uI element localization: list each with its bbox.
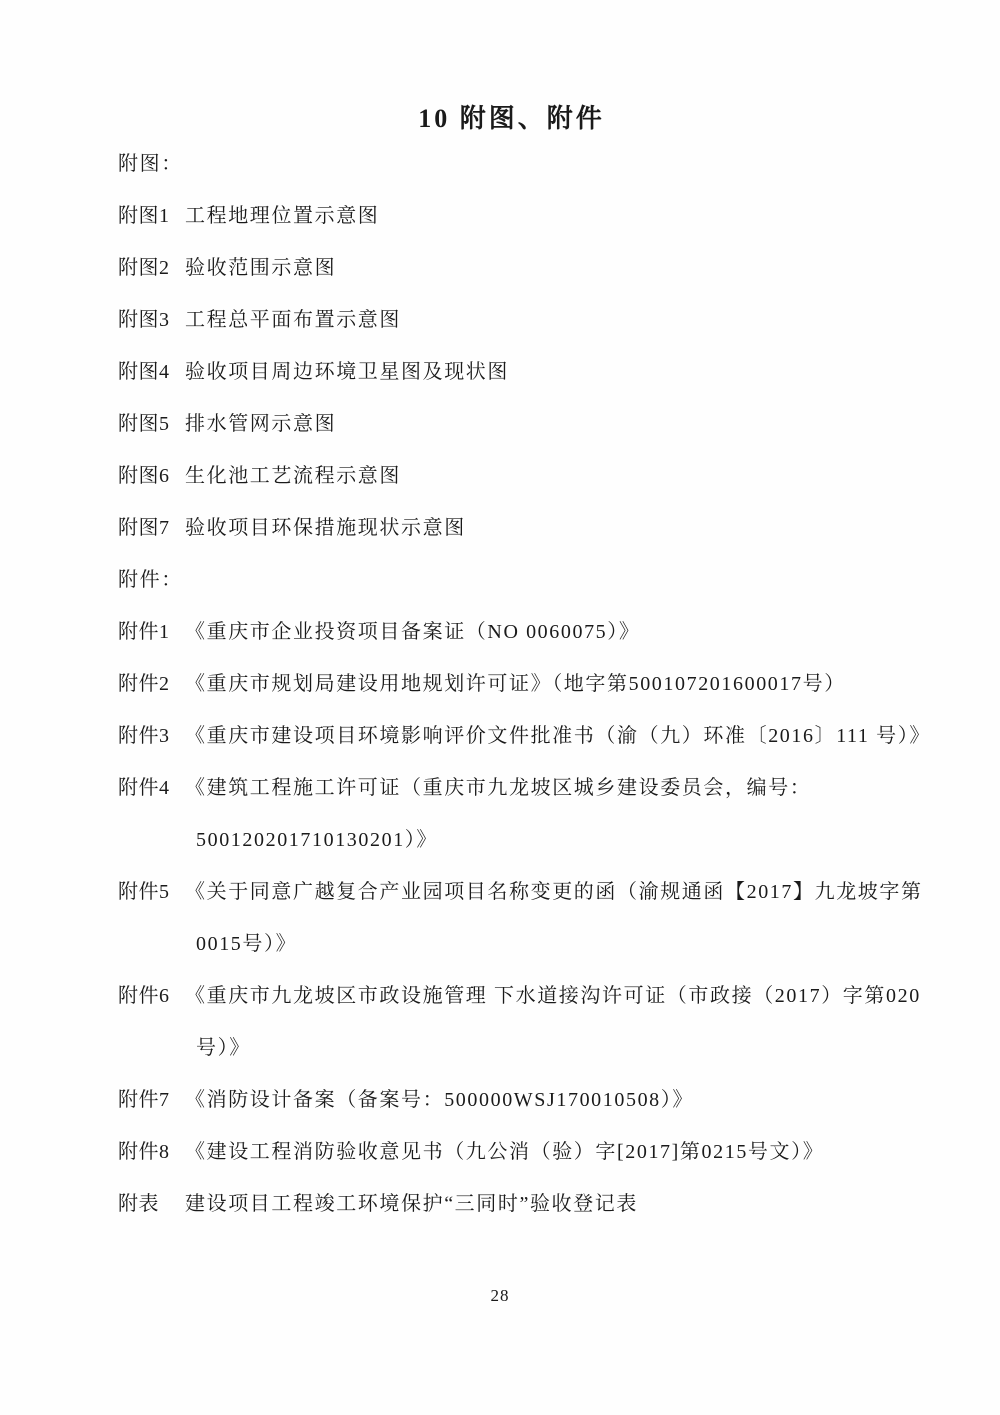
figure-label: 附图5 — [118, 407, 185, 436]
figure-title: 验收项目环保措施现状示意图 — [185, 511, 466, 540]
attachment-label: 附件1 — [118, 615, 185, 644]
figure-label: 附图6 — [118, 459, 185, 488]
attachment-item: 附件6 《重庆市九龙坡区市政设施管理 下水道接沟许可证（市政接（2017）字第0… — [118, 967, 905, 1019]
figure-label: 附图1 — [118, 199, 185, 228]
attachment-item: 附件3 《重庆市建设项目环境影响评价文件批准书（渝（九）环准〔2016〕111 … — [118, 707, 905, 759]
figure-title: 工程总平面布置示意图 — [185, 303, 401, 332]
attachment-item: 附件4 《建筑工程施工许可证（重庆市九龙坡区城乡建设委员会，编号： — [118, 759, 905, 811]
figure-title: 生化池工艺流程示意图 — [185, 459, 401, 488]
figures-heading-text: 附图： — [118, 147, 183, 176]
attachment-title: 《消防设计备案（备案号：500000WSJ170010508）》 — [185, 1083, 694, 1112]
attachment-label: 附件2 — [118, 667, 185, 696]
figure-title: 验收项目周边环境卫星图及现状图 — [185, 355, 509, 384]
appendix-table-label: 附表 — [118, 1187, 185, 1216]
figure-item: 附图5 排水管网示意图 — [118, 395, 905, 447]
attachment-title: 《建设工程消防验收意见书（九公消（验）字[2017]第0215号文）》 — [185, 1135, 824, 1164]
attachment-item: 附件8 《建设工程消防验收意见书（九公消（验）字[2017]第0215号文）》 — [118, 1123, 905, 1175]
attachment-title: 《建筑工程施工许可证（重庆市九龙坡区城乡建设委员会，编号： — [185, 771, 811, 800]
figure-item: 附图1 工程地理位置示意图 — [118, 187, 905, 239]
attachment-title: 《重庆市九龙坡区市政设施管理 下水道接沟许可证（市政接（2017）字第020 — [185, 979, 921, 1008]
attachment-label: 附件5 — [118, 875, 185, 904]
attachment-title: 《关于同意广越复合产业园项目名称变更的函（渝规通函【2017】九龙坡字第 — [185, 875, 923, 904]
attachment-label: 附件4 — [118, 771, 185, 800]
attachment-label: 附件3 — [118, 719, 185, 748]
appendix-table-item: 附表 建设项目工程竣工环境保护“三同时”验收登记表 — [118, 1175, 905, 1227]
attachment-continuation: 0015号）》 — [118, 915, 905, 967]
figure-item: 附图4 验收项目周边环境卫星图及现状图 — [118, 343, 905, 395]
figure-item: 附图2 验收范围示意图 — [118, 239, 905, 291]
document-page: 10 附图、附件 附图： 附图1 工程地理位置示意图 附图2 验收范围示意图 附… — [0, 0, 1000, 1415]
figure-item: 附图3 工程总平面布置示意图 — [118, 291, 905, 343]
attachment-title-continued: 号）》 — [196, 1031, 251, 1060]
figure-label: 附图2 — [118, 251, 185, 280]
attachment-label: 附件7 — [118, 1083, 185, 1112]
attachment-title-continued: 500120201710130201）》 — [196, 823, 438, 852]
attachment-item: 附件7 《消防设计备案（备案号：500000WSJ170010508）》 — [118, 1071, 905, 1123]
document-content: 10 附图、附件 附图： 附图1 工程地理位置示意图 附图2 验收范围示意图 附… — [0, 0, 1000, 1227]
attachments-heading-text: 附件： — [118, 563, 183, 592]
page-title: 10 附图、附件 — [118, 0, 905, 135]
attachment-item: 附件5 《关于同意广越复合产业园项目名称变更的函（渝规通函【2017】九龙坡字第 — [118, 863, 905, 915]
attachments-section-heading: 附件： — [118, 551, 905, 603]
attachment-item: 附件1 《重庆市企业投资项目备案证（NO 0060075）》 — [118, 603, 905, 655]
attachment-label: 附件6 — [118, 979, 185, 1008]
figure-item: 附图7 验收项目环保措施现状示意图 — [118, 499, 905, 551]
figure-title: 排水管网示意图 — [185, 407, 336, 436]
figure-title: 验收范围示意图 — [185, 251, 336, 280]
figure-label: 附图4 — [118, 355, 185, 384]
attachment-continuation: 号）》 — [118, 1019, 905, 1071]
appendix-table-title: 建设项目工程竣工环境保护“三同时”验收登记表 — [185, 1187, 638, 1216]
figure-label: 附图3 — [118, 303, 185, 332]
attachment-item: 附件2 《重庆市规划局建设用地规划许可证》（地字第500107201600017… — [118, 655, 905, 707]
attachment-title: 《重庆市建设项目环境影响评价文件批准书（渝（九）环准〔2016〕111 号）》 — [185, 719, 931, 748]
figure-label: 附图7 — [118, 511, 185, 540]
attachment-continuation: 500120201710130201）》 — [118, 811, 905, 863]
attachment-title-continued: 0015号）》 — [196, 927, 297, 956]
figure-title: 工程地理位置示意图 — [185, 199, 379, 228]
figures-section-heading: 附图： — [118, 135, 905, 187]
attachment-title: 《重庆市企业投资项目备案证（NO 0060075）》 — [185, 615, 641, 644]
attachment-label: 附件8 — [118, 1135, 185, 1164]
page-number: 28 — [0, 1286, 1000, 1306]
attachment-title: 《重庆市规划局建设用地规划许可证》（地字第500107201600017号） — [185, 667, 846, 696]
figure-item: 附图6 生化池工艺流程示意图 — [118, 447, 905, 499]
